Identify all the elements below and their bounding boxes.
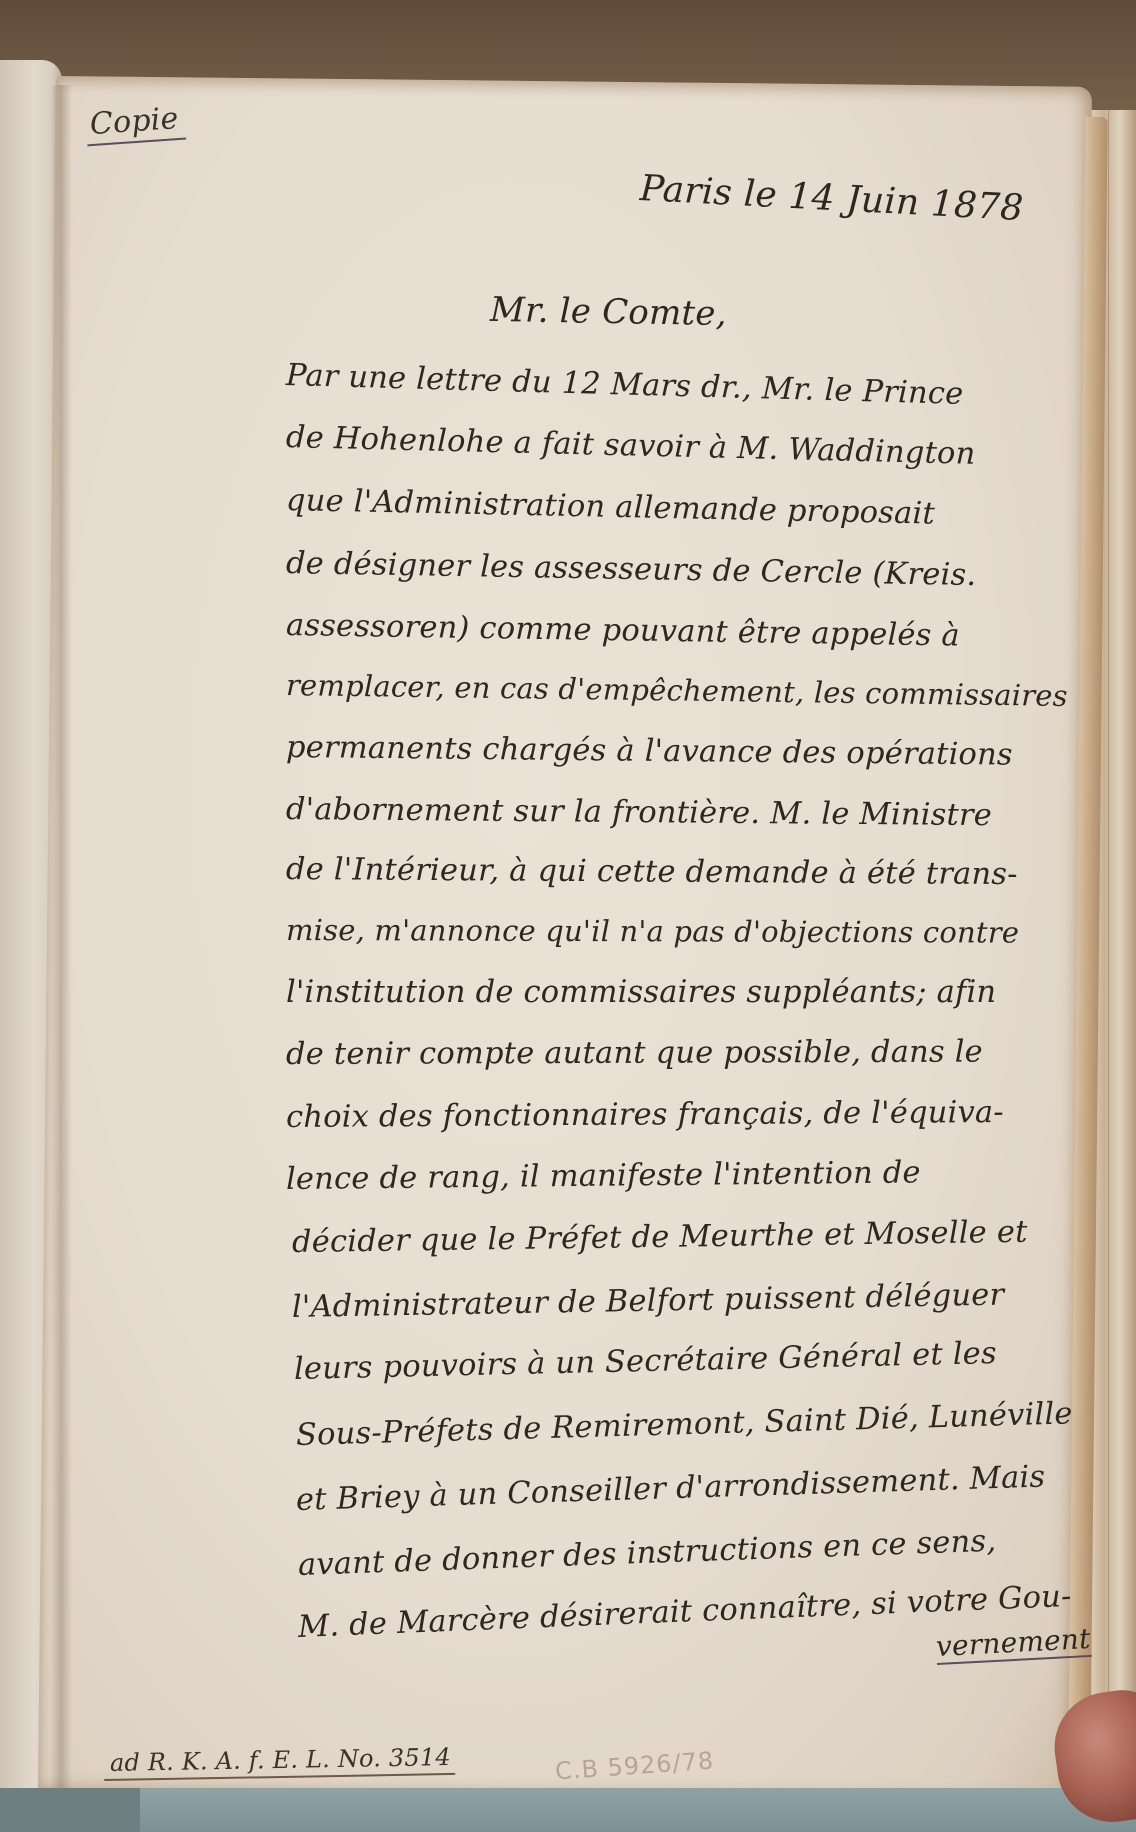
spine-shadow [50, 85, 72, 1825]
body-line: d'abornement sur la frontière. M. le Min… [286, 792, 992, 833]
table-surface [0, 1788, 1136, 1832]
copie-header-mark: Copie [85, 101, 186, 147]
archive-reference: ad R. K. A. f. E. L. No. 3514 [104, 1743, 455, 1781]
salutation: Mr. le Comte, [490, 290, 727, 334]
body-line: lence de rang, il manifeste l'intention … [286, 1155, 921, 1197]
body-line: choix des fonctionnaires français, de l'… [286, 1095, 1004, 1135]
body-line: de l'Intérieur, à qui cette demande à ét… [286, 852, 1018, 892]
body-line: mise, m'annonce qu'il n'a pas d'objectio… [286, 913, 1019, 950]
table-surface-shadow [0, 1788, 140, 1832]
body-line: de tenir compte autant que possible, dan… [286, 1035, 983, 1072]
body-line: l'institution de commissaires suppléants… [286, 975, 996, 1010]
